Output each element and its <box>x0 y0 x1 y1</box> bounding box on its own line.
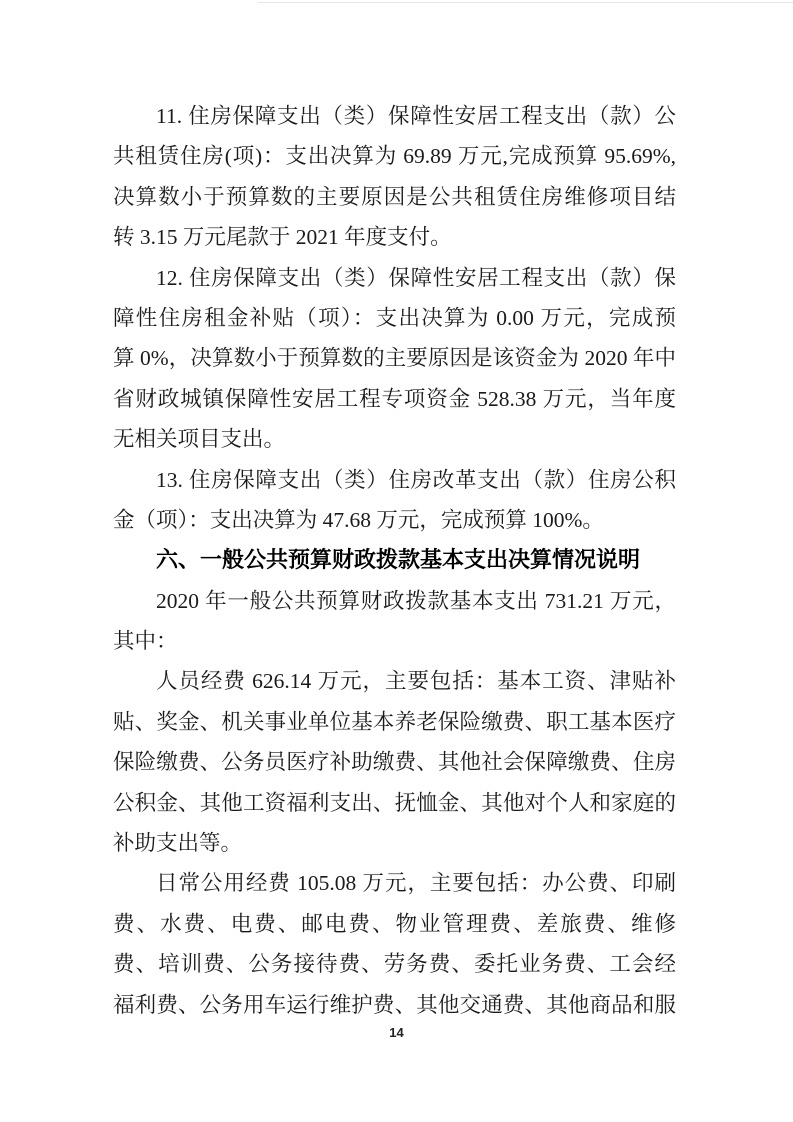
text-line: 算 0%，决算数小于预算数的主要原因是该资金为 2020 年中 <box>113 338 676 378</box>
section-heading: 六、一般公共预算财政拨款基本支出决算情况说明 <box>113 540 676 580</box>
text-line: 保险缴费、公务员医疗补助缴费、其他社会保障缴费、住房 <box>113 742 676 782</box>
document-body: 11. 住房保障支出（类）保障性安居工程支出（款）公 共租赁住房(项)：支出决算… <box>113 96 676 1025</box>
text-line: 13. 住房保障支出（类）住房改革支出（款）住房公积 <box>113 460 676 500</box>
text-line: 无相关项目支出。 <box>113 419 676 459</box>
text-line: 日常公用经费 105.08 万元，主要包括：办公费、印刷 <box>113 863 676 903</box>
text-line: 2020 年一般公共预算财政拨款基本支出 731.21 万元， <box>113 581 676 621</box>
text-line: 其中： <box>113 621 676 661</box>
text-line: 共租赁住房(项)：支出决算为 69.89 万元,完成预算 95.69%, <box>113 136 676 176</box>
paragraph-personnel-expenses: 人员经费 626.14 万元，主要包括：基本工资、津贴补 贴、奖金、机关事业单位… <box>113 661 676 863</box>
text-line: 费、水费、电费、邮电费、物业管理费、差旅费、维修（护） <box>113 904 676 944</box>
text-line: 金（项）：支出决算为 47.68 万元，完成预算 100%。 <box>113 500 676 540</box>
text-line: 贴、奖金、机关事业单位基本养老保险缴费、职工基本医疗 <box>113 702 676 742</box>
text-line: 人员经费 626.14 万元，主要包括：基本工资、津贴补 <box>113 661 676 701</box>
text-line: 11. 住房保障支出（类）保障性安居工程支出（款）公 <box>113 96 676 136</box>
text-line: 福利费、公务用车运行维护费、其他交通费、其他商品和服 <box>113 985 676 1025</box>
paragraph-item-12: 12. 住房保障支出（类）保障性安居工程支出（款）保 障性住房租金补贴（项）：支… <box>113 258 676 460</box>
paragraph-daily-operating-expenses: 日常公用经费 105.08 万元，主要包括：办公费、印刷 费、水费、电费、邮电费… <box>113 863 676 1025</box>
scan-artifact-line <box>258 2 793 3</box>
paragraph-item-13: 13. 住房保障支出（类）住房改革支出（款）住房公积 金（项）：支出决算为 47… <box>113 460 676 541</box>
paragraph-basic-expenditure: 2020 年一般公共预算财政拨款基本支出 731.21 万元， 其中： <box>113 581 676 662</box>
text-line: 省财政城镇保障性安居工程专项资金 528.38 万元，当年度 <box>113 379 676 419</box>
text-line: 12. 住房保障支出（类）保障性安居工程支出（款）保 <box>113 258 676 298</box>
text-line: 决算数小于预算数的主要原因是公共租赁住房维修项目结 <box>113 177 676 217</box>
text-line: 公积金、其他工资福利支出、抚恤金、其他对个人和家庭的 <box>113 783 676 823</box>
text-line: 补助支出等。 <box>113 823 676 863</box>
text-line: 转 3.15 万元尾款于 2021 年度支付。 <box>113 217 676 257</box>
paragraph-item-11: 11. 住房保障支出（类）保障性安居工程支出（款）公 共租赁住房(项)：支出决算… <box>113 96 676 258</box>
text-line: 费、培训费、公务接待费、劳务费、委托业务费、工会经费、 <box>113 944 676 984</box>
document-page: 11. 住房保障支出（类）保障性安居工程支出（款）公 共租赁住房(项)：支出决算… <box>0 0 793 1122</box>
text-line: 障性住房租金补贴（项）：支出决算为 0.00 万元，完成预 <box>113 298 676 338</box>
page-number: 14 <box>0 1025 793 1040</box>
